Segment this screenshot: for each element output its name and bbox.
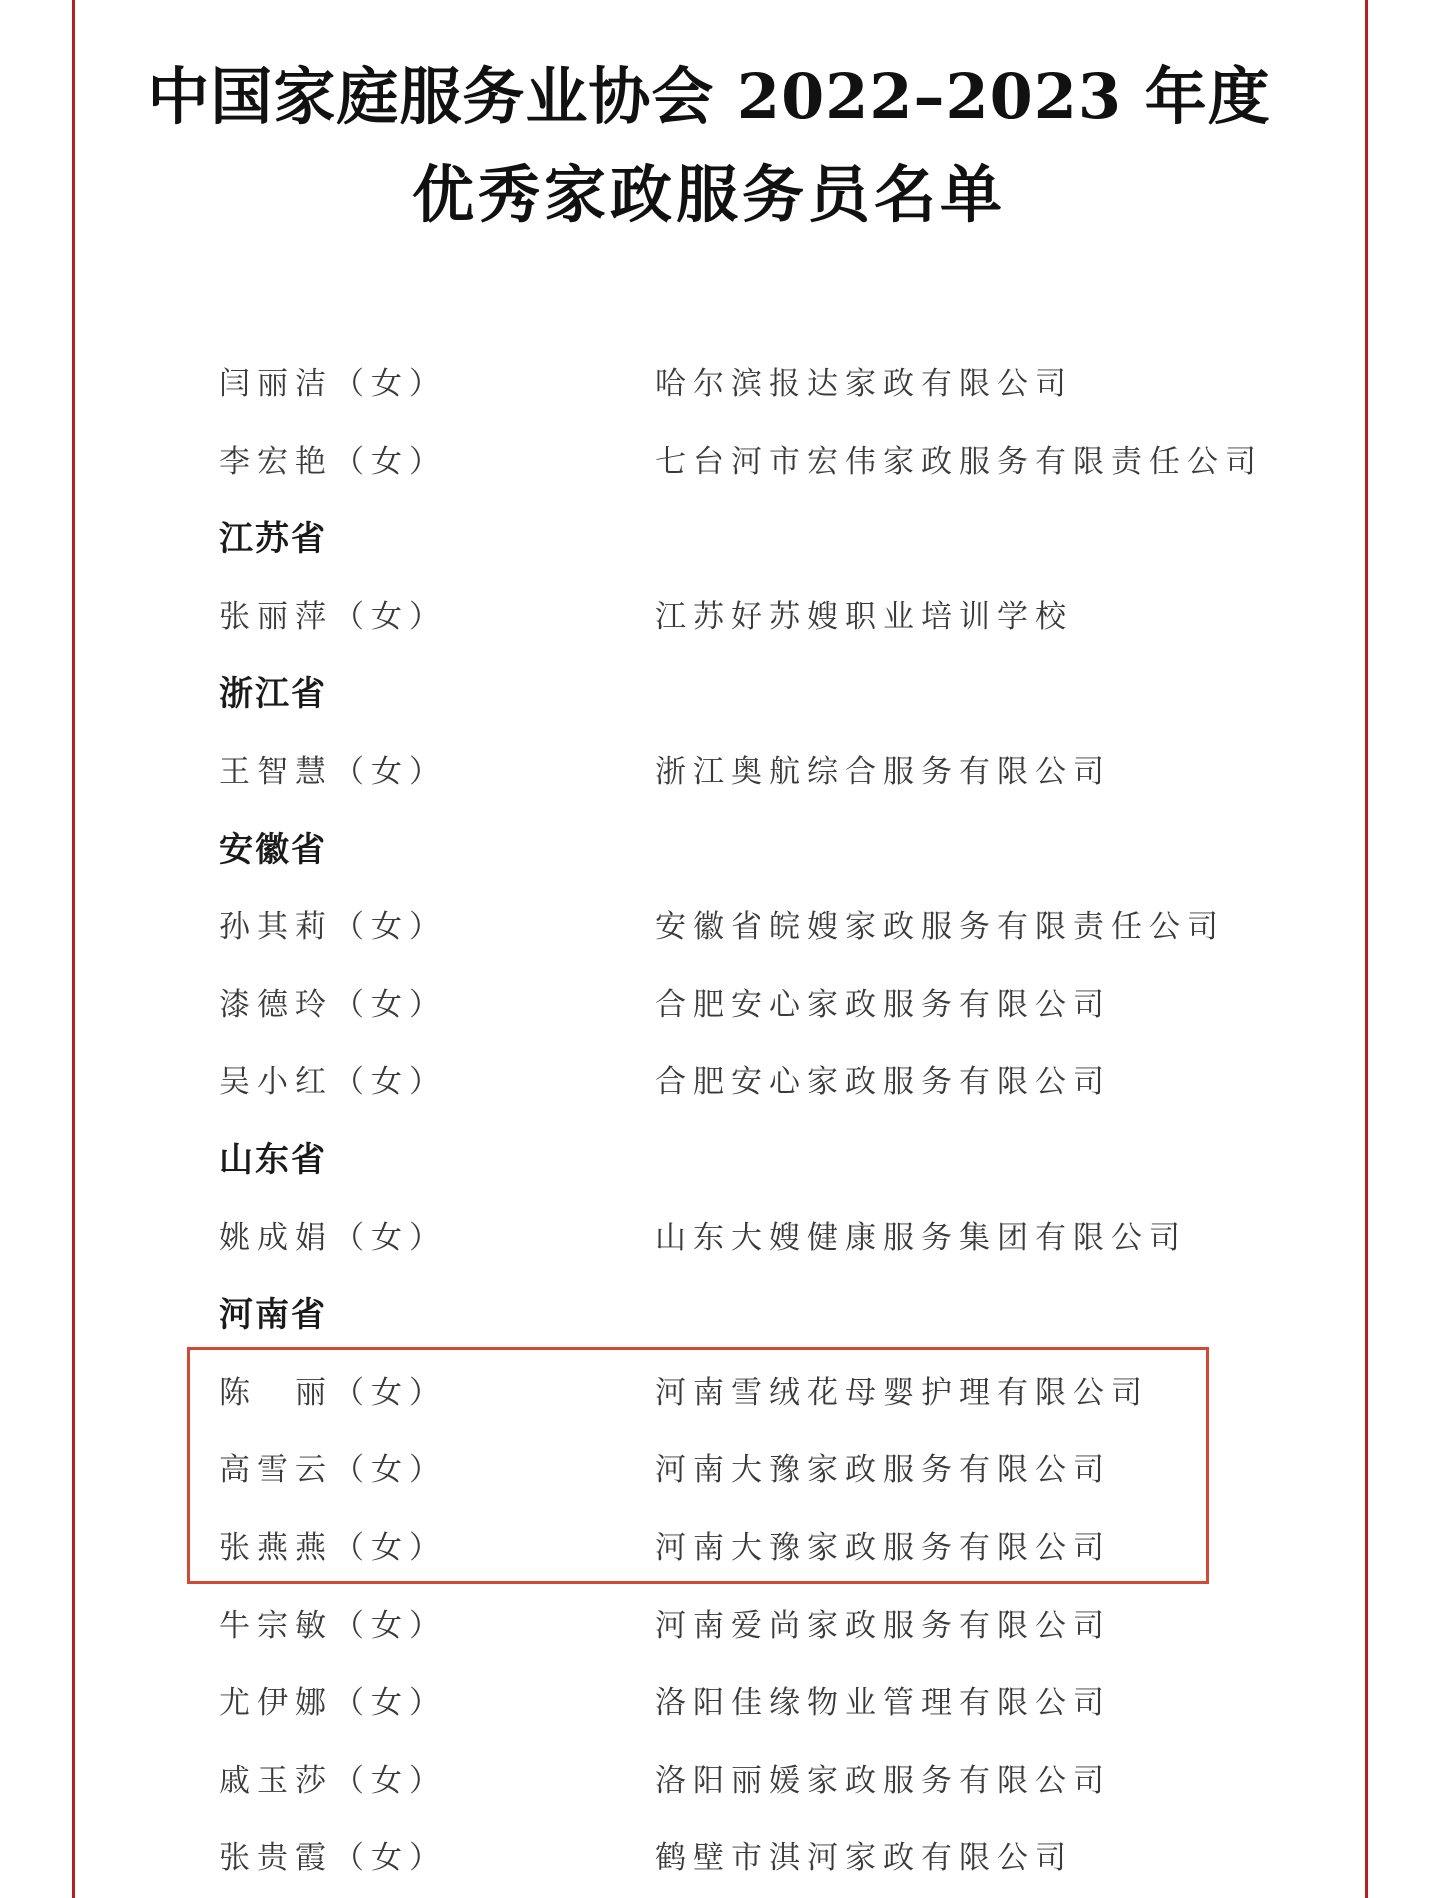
list-item: 孙其莉（女）安徽省皖嫂家政服务有限责任公司 xyxy=(0,889,1440,967)
list-item-highlighted: 陈 丽（女）河南雪绒花母婴护理有限公司 xyxy=(0,1355,1440,1433)
company-name: 鹤壁市淇河家政有限公司 xyxy=(655,1820,1073,1898)
list-item: 李宏艳（女）七台河市宏伟家政服务有限责任公司 xyxy=(0,424,1440,502)
province-heading: 河南省 xyxy=(0,1277,1440,1355)
list-item: 闫丽洁（女）哈尔滨报达家政有限公司 xyxy=(0,346,1440,424)
list-item: 张贵霞（女）鹤壁市淇河家政有限公司 xyxy=(0,1820,1440,1898)
list-item-highlighted: 张燕燕（女）河南大豫家政服务有限公司 xyxy=(0,1510,1440,1588)
list-item: 戚玉莎（女）洛阳丽媛家政服务有限公司 xyxy=(0,1743,1440,1821)
document-title-line-1: 中国家庭服务业协会 2022–2023 年度 xyxy=(0,54,1418,140)
province-label: 安徽省 xyxy=(219,812,327,890)
person-name: 孙其莉（女） xyxy=(219,889,447,967)
company-name: 河南大豫家政服务有限公司 xyxy=(655,1432,1111,1510)
company-name: 河南雪绒花母婴护理有限公司 xyxy=(655,1355,1149,1433)
person-name: 漆德玲（女） xyxy=(219,967,447,1045)
company-name: 合肥安心家政服务有限公司 xyxy=(655,1044,1111,1122)
company-name: 安徽省皖嫂家政服务有限责任公司 xyxy=(655,889,1225,967)
person-name: 李宏艳（女） xyxy=(219,424,447,502)
company-name: 洛阳佳缘物业管理有限公司 xyxy=(655,1665,1111,1743)
person-name: 戚玉莎（女） xyxy=(219,1743,447,1821)
list-item: 张丽萍（女）江苏好苏嫂职业培训学校 xyxy=(0,579,1440,657)
person-name: 陈 丽（女） xyxy=(219,1355,447,1433)
province-label: 山东省 xyxy=(219,1122,327,1200)
company-name: 七台河市宏伟家政服务有限责任公司 xyxy=(655,424,1263,502)
person-name: 牛宗敏（女） xyxy=(219,1588,447,1666)
company-name: 哈尔滨报达家政有限公司 xyxy=(655,346,1073,424)
province-label: 江苏省 xyxy=(219,501,327,579)
province-heading: 江苏省 xyxy=(0,501,1440,579)
list-item: 王智慧（女）浙江奥航综合服务有限公司 xyxy=(0,734,1440,812)
person-name: 张丽萍（女） xyxy=(219,579,447,657)
list-item: 吴小红（女）合肥安心家政服务有限公司 xyxy=(0,1044,1440,1122)
province-label: 河南省 xyxy=(219,1277,327,1355)
company-name: 江苏好苏嫂职业培训学校 xyxy=(655,579,1073,657)
company-name: 河南大豫家政服务有限公司 xyxy=(655,1510,1111,1588)
document-title-line-2: 优秀家政服务员名单 xyxy=(0,152,1418,238)
person-name: 尤伊娜（女） xyxy=(219,1665,447,1743)
person-name: 吴小红（女） xyxy=(219,1044,447,1122)
list-item: 牛宗敏（女）河南爱尚家政服务有限公司 xyxy=(0,1588,1440,1666)
roster-list: 闫丽洁（女）哈尔滨报达家政有限公司 李宏艳（女）七台河市宏伟家政服务有限责任公司… xyxy=(0,346,1440,1898)
province-heading: 浙江省 xyxy=(0,656,1440,734)
company-name: 洛阳丽媛家政服务有限公司 xyxy=(655,1743,1111,1821)
person-name: 张贵霞（女） xyxy=(219,1820,447,1898)
company-name: 浙江奥航综合服务有限公司 xyxy=(655,734,1111,812)
list-item: 漆德玲（女）合肥安心家政服务有限公司 xyxy=(0,967,1440,1045)
person-name: 闫丽洁（女） xyxy=(219,346,447,424)
province-label: 浙江省 xyxy=(219,656,327,734)
person-name: 姚成娟（女） xyxy=(219,1200,447,1278)
list-item: 尤伊娜（女）洛阳佳缘物业管理有限公司 xyxy=(0,1665,1440,1743)
province-heading: 安徽省 xyxy=(0,812,1440,890)
company-name: 河南爱尚家政服务有限公司 xyxy=(655,1588,1111,1666)
list-item: 姚成娟（女）山东大嫂健康服务集团有限公司 xyxy=(0,1200,1440,1278)
person-name: 高雪云（女） xyxy=(219,1432,447,1510)
person-name: 张燕燕（女） xyxy=(219,1510,447,1588)
list-item-highlighted: 高雪云（女）河南大豫家政服务有限公司 xyxy=(0,1432,1440,1510)
company-name: 山东大嫂健康服务集团有限公司 xyxy=(655,1200,1187,1278)
company-name: 合肥安心家政服务有限公司 xyxy=(655,967,1111,1045)
province-heading: 山东省 xyxy=(0,1122,1440,1200)
person-name: 王智慧（女） xyxy=(219,734,447,812)
